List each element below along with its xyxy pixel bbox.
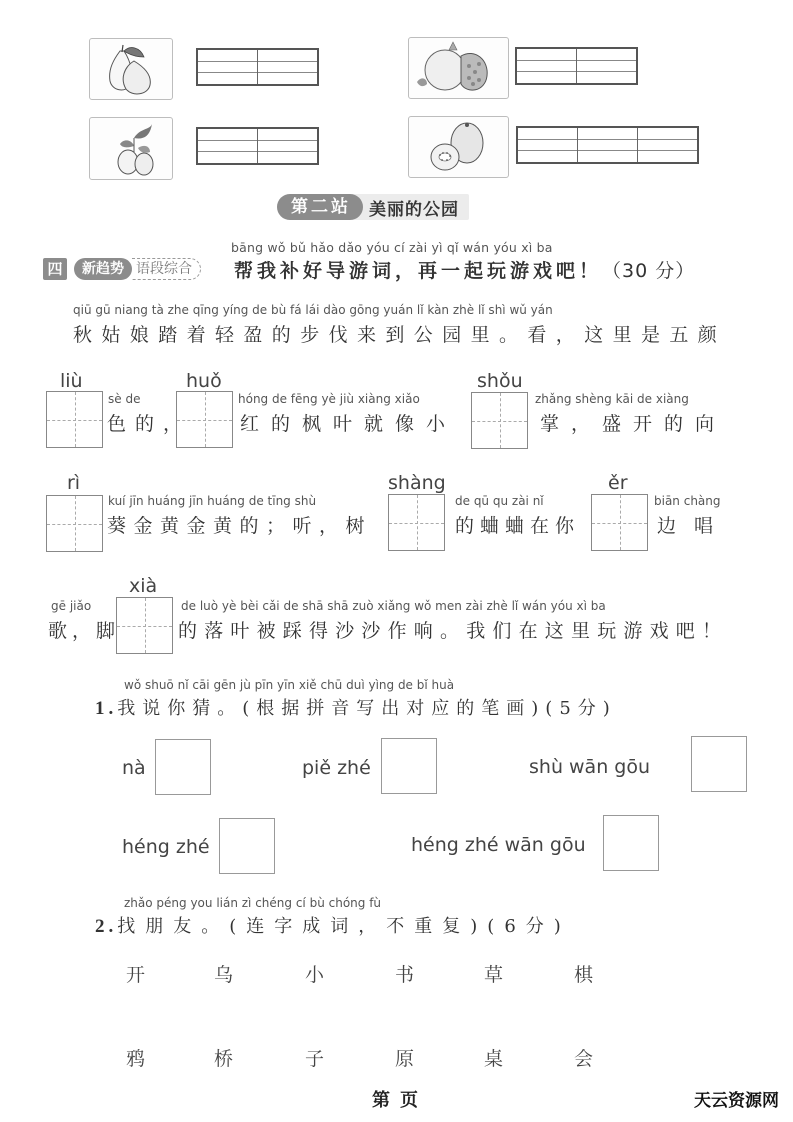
passage-line1-pinyin: qiū gū niang tà zhe qīng yíng de bù fá l… [73,303,553,317]
pear-icon [90,39,172,99]
word-char[interactable]: 会 [574,1044,593,1071]
section-title: 帮我补好导游词，再一起玩游戏吧！（30 分） [234,256,695,283]
q1-number: 1. [95,698,117,719]
writing-box[interactable] [388,494,445,551]
blank-pinyin: shàng [388,472,446,494]
word-char[interactable]: 棋 [574,960,593,987]
passage-pinyin: biān chàng [654,494,721,508]
blank-pinyin: xià [129,575,157,597]
section-tag: 新趋势 语段综合 [74,258,201,280]
writing-box[interactable] [46,391,103,448]
kiwi-image [408,116,509,178]
blank-pinyin: ěr [608,472,628,494]
answer-grid[interactable] [515,47,638,85]
word-char[interactable]: 乌 [214,960,233,987]
stroke-label: héng zhé wān gōu [411,834,586,856]
blank-pinyin: shǒu [477,370,523,392]
writing-box[interactable] [471,392,528,449]
section-title-pinyin: bāng wǒ bǔ hǎo dǎo yóu cí zài yì qǐ wán … [231,240,553,255]
word-char[interactable]: 书 [395,960,414,987]
blank-pinyin: huǒ [186,370,222,392]
word-char[interactable]: 小 [305,960,324,987]
site-watermark: 天云资源网 [694,1086,779,1111]
section-number: 四 [43,258,67,280]
pomegranate-icon [409,38,508,98]
blank-pinyin: liù [60,370,83,392]
answer-grid[interactable] [196,127,319,165]
station-badge: 第二站 [277,194,363,220]
q2-title-pinyin: zhǎo péng you lián zì chéng cí bù chóng … [124,896,381,910]
passage-line1-text: 秋姑娘踏着轻盈的步伐来到公园里。看，这里是五颜 [73,320,726,347]
stroke-answer-box[interactable] [381,738,437,794]
section-title-text: 帮我补好导游词，再一起玩游戏吧！ [234,260,602,282]
station-heading: 第二站 美丽的公园 [277,194,469,220]
stroke-label: shù wān gōu [529,756,650,778]
passage-pinyin: gē jiǎo [51,599,91,613]
kiwi-icon [409,117,508,177]
q1-title: 1.我说你猜。(根据拼音写出对应的笔画)(5分) [95,694,617,720]
passage-pinyin: de qū qu zài nǐ [455,494,544,508]
passage-pinyin: kuí jīn huáng jīn huáng de tīng shù [108,494,316,508]
page-number: 第页 [372,1086,428,1112]
passage-text: 掌，盛开的向 [540,409,726,436]
writing-box[interactable] [591,494,648,551]
section-score: （30 分） [602,260,695,282]
q2-title-text: 找朋友。(连字成词，不重复)(6分) [117,916,571,937]
station-title: 美丽的公园 [363,195,469,220]
q2-title: 2.找朋友。(连字成词，不重复)(6分) [95,912,571,938]
pomegranate-image [408,37,509,99]
stroke-label: piě zhé [302,757,371,779]
passage-pinyin: zhǎng shèng kāi de xiàng [535,392,689,406]
word-char[interactable]: 鸦 [126,1044,145,1071]
blank-pinyin: rì [67,472,80,494]
writing-box[interactable] [176,391,233,448]
section-tag-primary: 新趋势 [74,258,132,280]
writing-box[interactable] [116,597,173,654]
word-char[interactable]: 子 [305,1044,324,1071]
word-char[interactable]: 草 [484,960,503,987]
q1-title-text: 我说你猜。(根据拼音写出对应的笔画)(5分) [117,698,617,719]
stroke-label: nà [122,757,146,779]
stroke-answer-box[interactable] [219,818,275,874]
passage-text: 歌，脚 [48,616,120,643]
passage-text: 的蛐蛐在你 [455,511,580,538]
word-char[interactable]: 桌 [484,1044,503,1071]
passage-pinyin: hóng de fēng yè jiù xiàng xiǎo [238,392,420,406]
loquat-icon [90,118,172,179]
q2-number: 2. [95,916,117,937]
word-char[interactable]: 桥 [214,1044,233,1071]
word-char[interactable]: 原 [395,1044,414,1071]
passage-text: 红的枫叶就像小 [240,409,457,436]
word-char[interactable]: 开 [126,960,145,987]
stroke-label: héng zhé [122,836,210,858]
pear-image [89,38,173,100]
section-tag-secondary: 语段综合 [132,258,201,280]
answer-grid[interactable] [196,48,319,86]
loquat-image [89,117,173,180]
answer-grid[interactable] [516,126,699,164]
passage-text: 边唱 [657,511,731,538]
q1-title-pinyin: wǒ shuō nǐ cāi gēn jù pīn yīn xiě chū du… [124,678,454,692]
writing-box[interactable] [46,495,103,552]
stroke-answer-box[interactable] [155,739,211,795]
passage-text: 葵金黄金黄的；听，树 [107,511,372,538]
stroke-answer-box[interactable] [603,815,659,871]
stroke-answer-box[interactable] [691,736,747,792]
passage-pinyin: sè de [108,392,140,406]
passage-pinyin: de luò yè bèi cǎi de shā shā zuò xiǎng w… [181,599,606,613]
passage-text: 的落叶被踩得沙沙作响。我们在这里玩游戏吧！ [178,616,728,643]
